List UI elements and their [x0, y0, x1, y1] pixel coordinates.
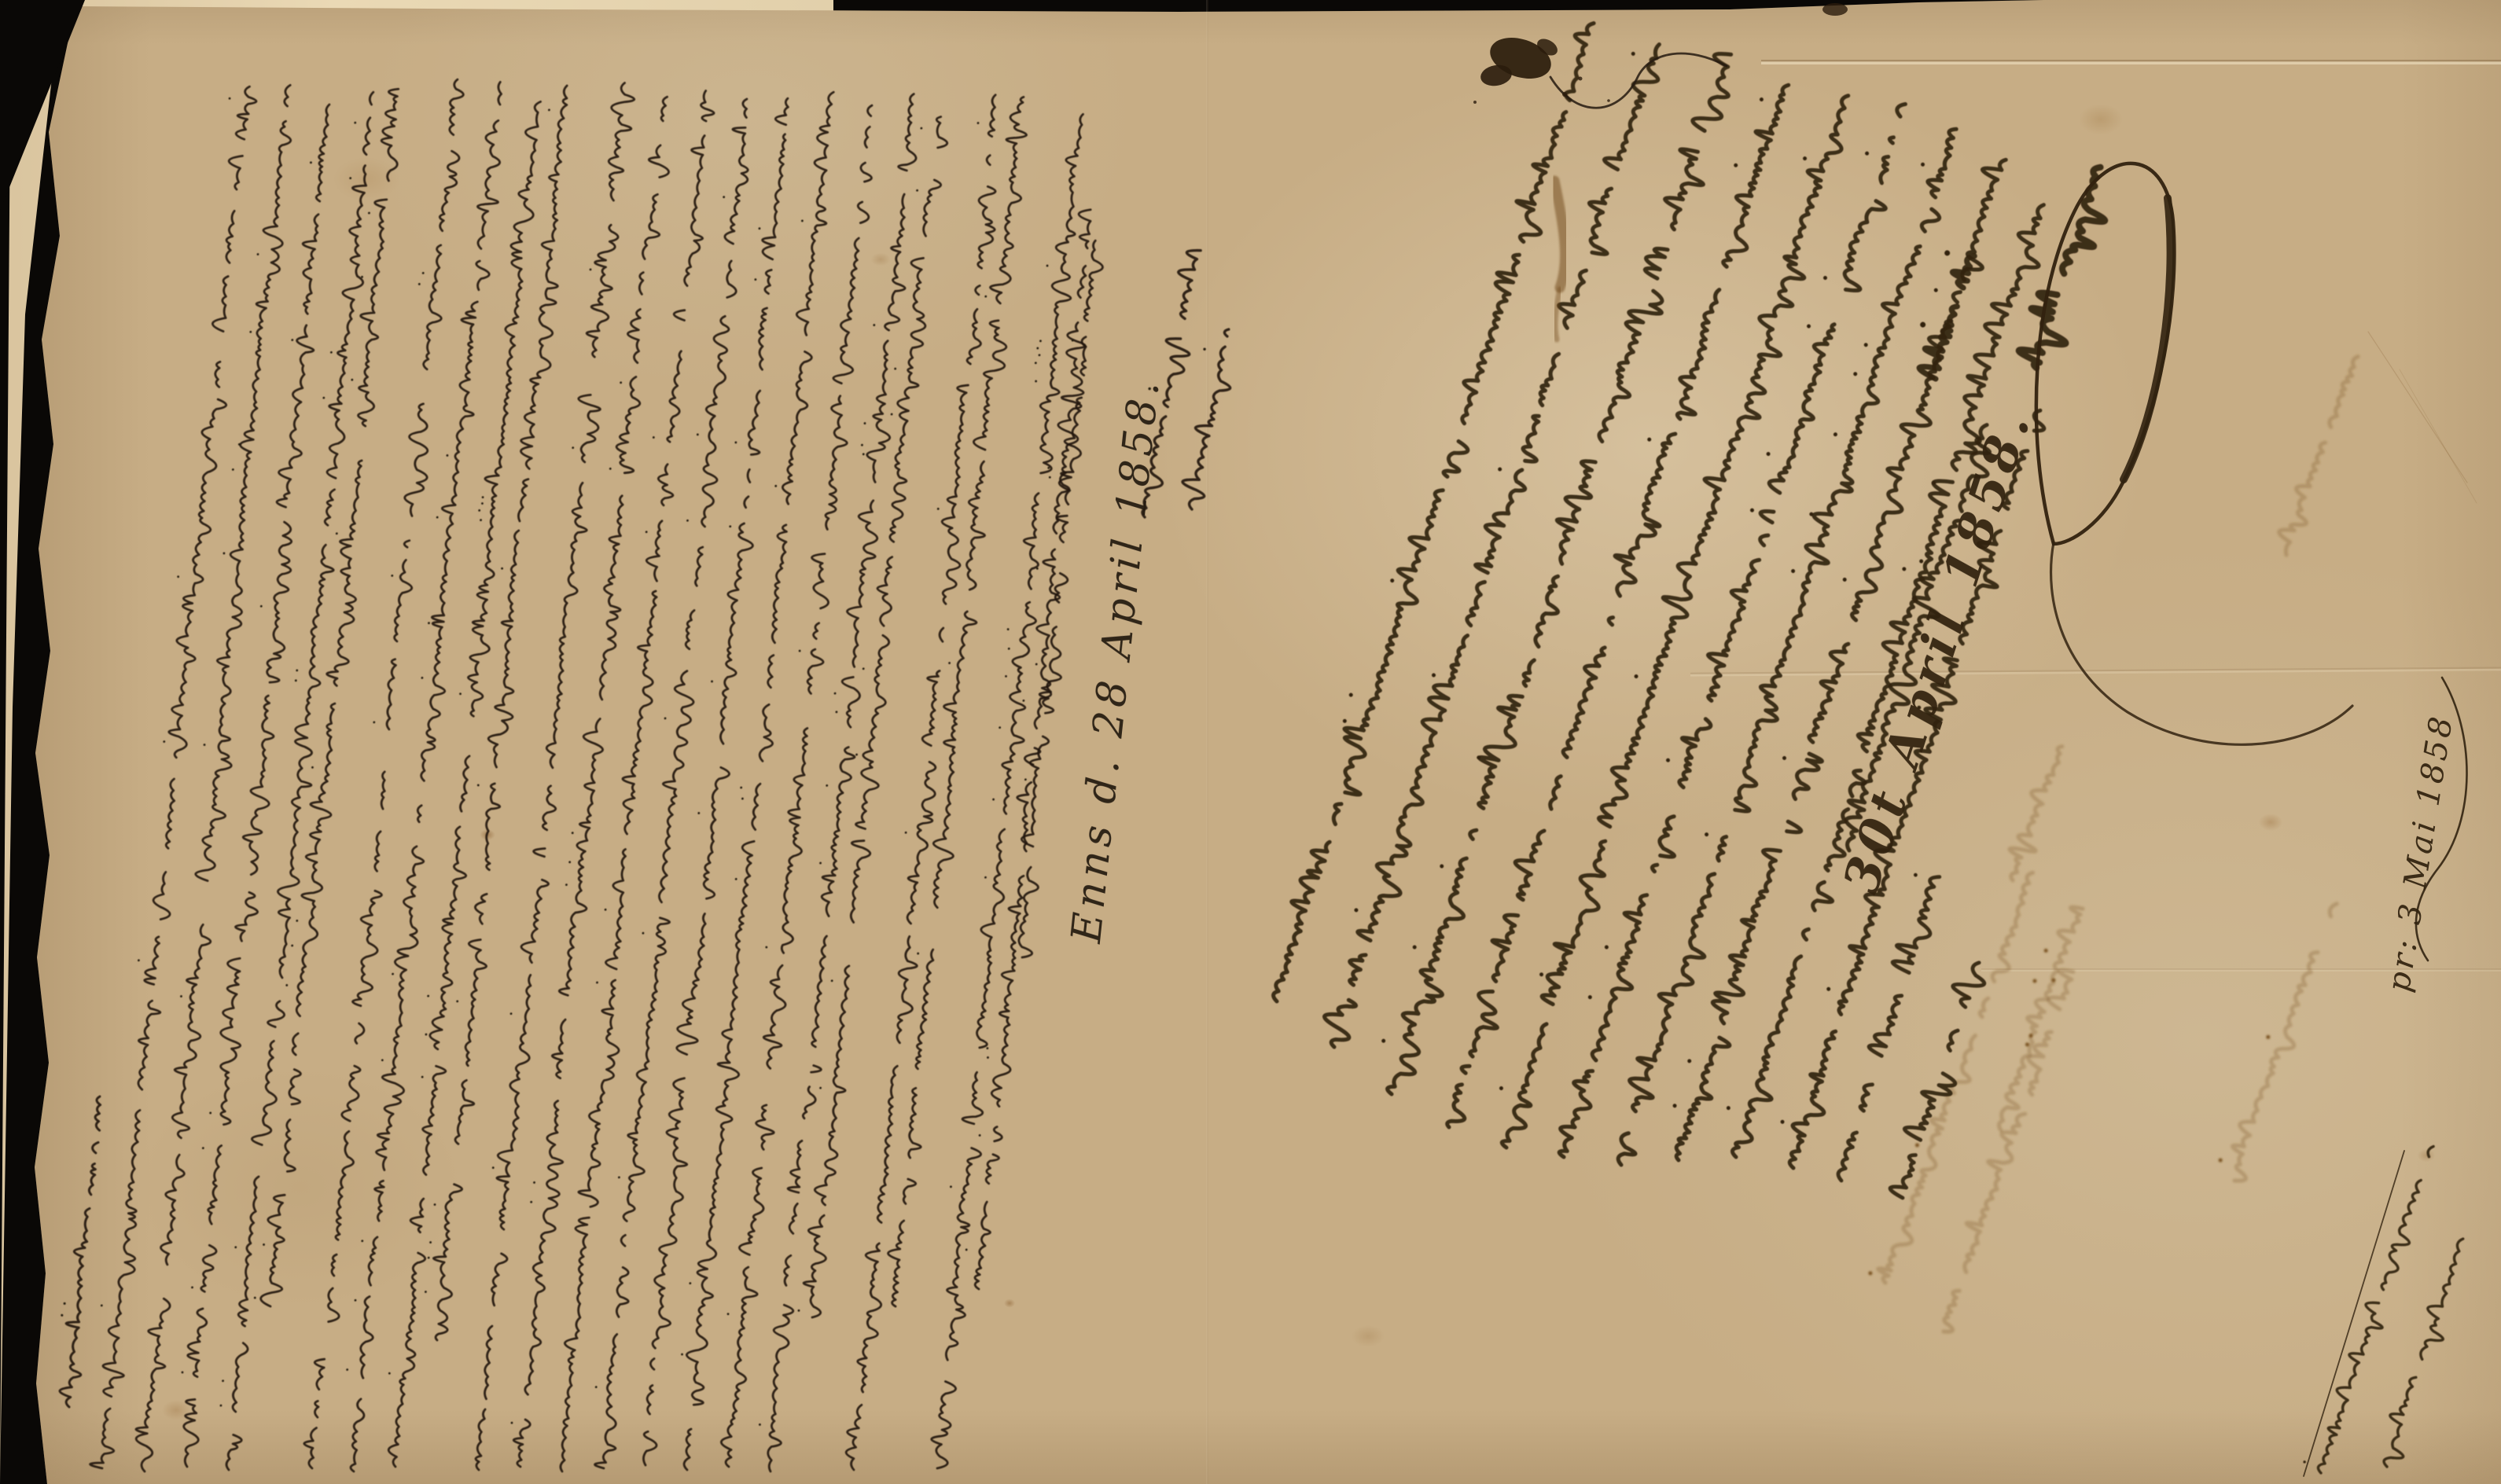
- scanned-letter-page: Enns d. 28 April 1858. 30t April 1858. p…: [0, 0, 2501, 1484]
- letter-paper-sheet: [0, 0, 2501, 1484]
